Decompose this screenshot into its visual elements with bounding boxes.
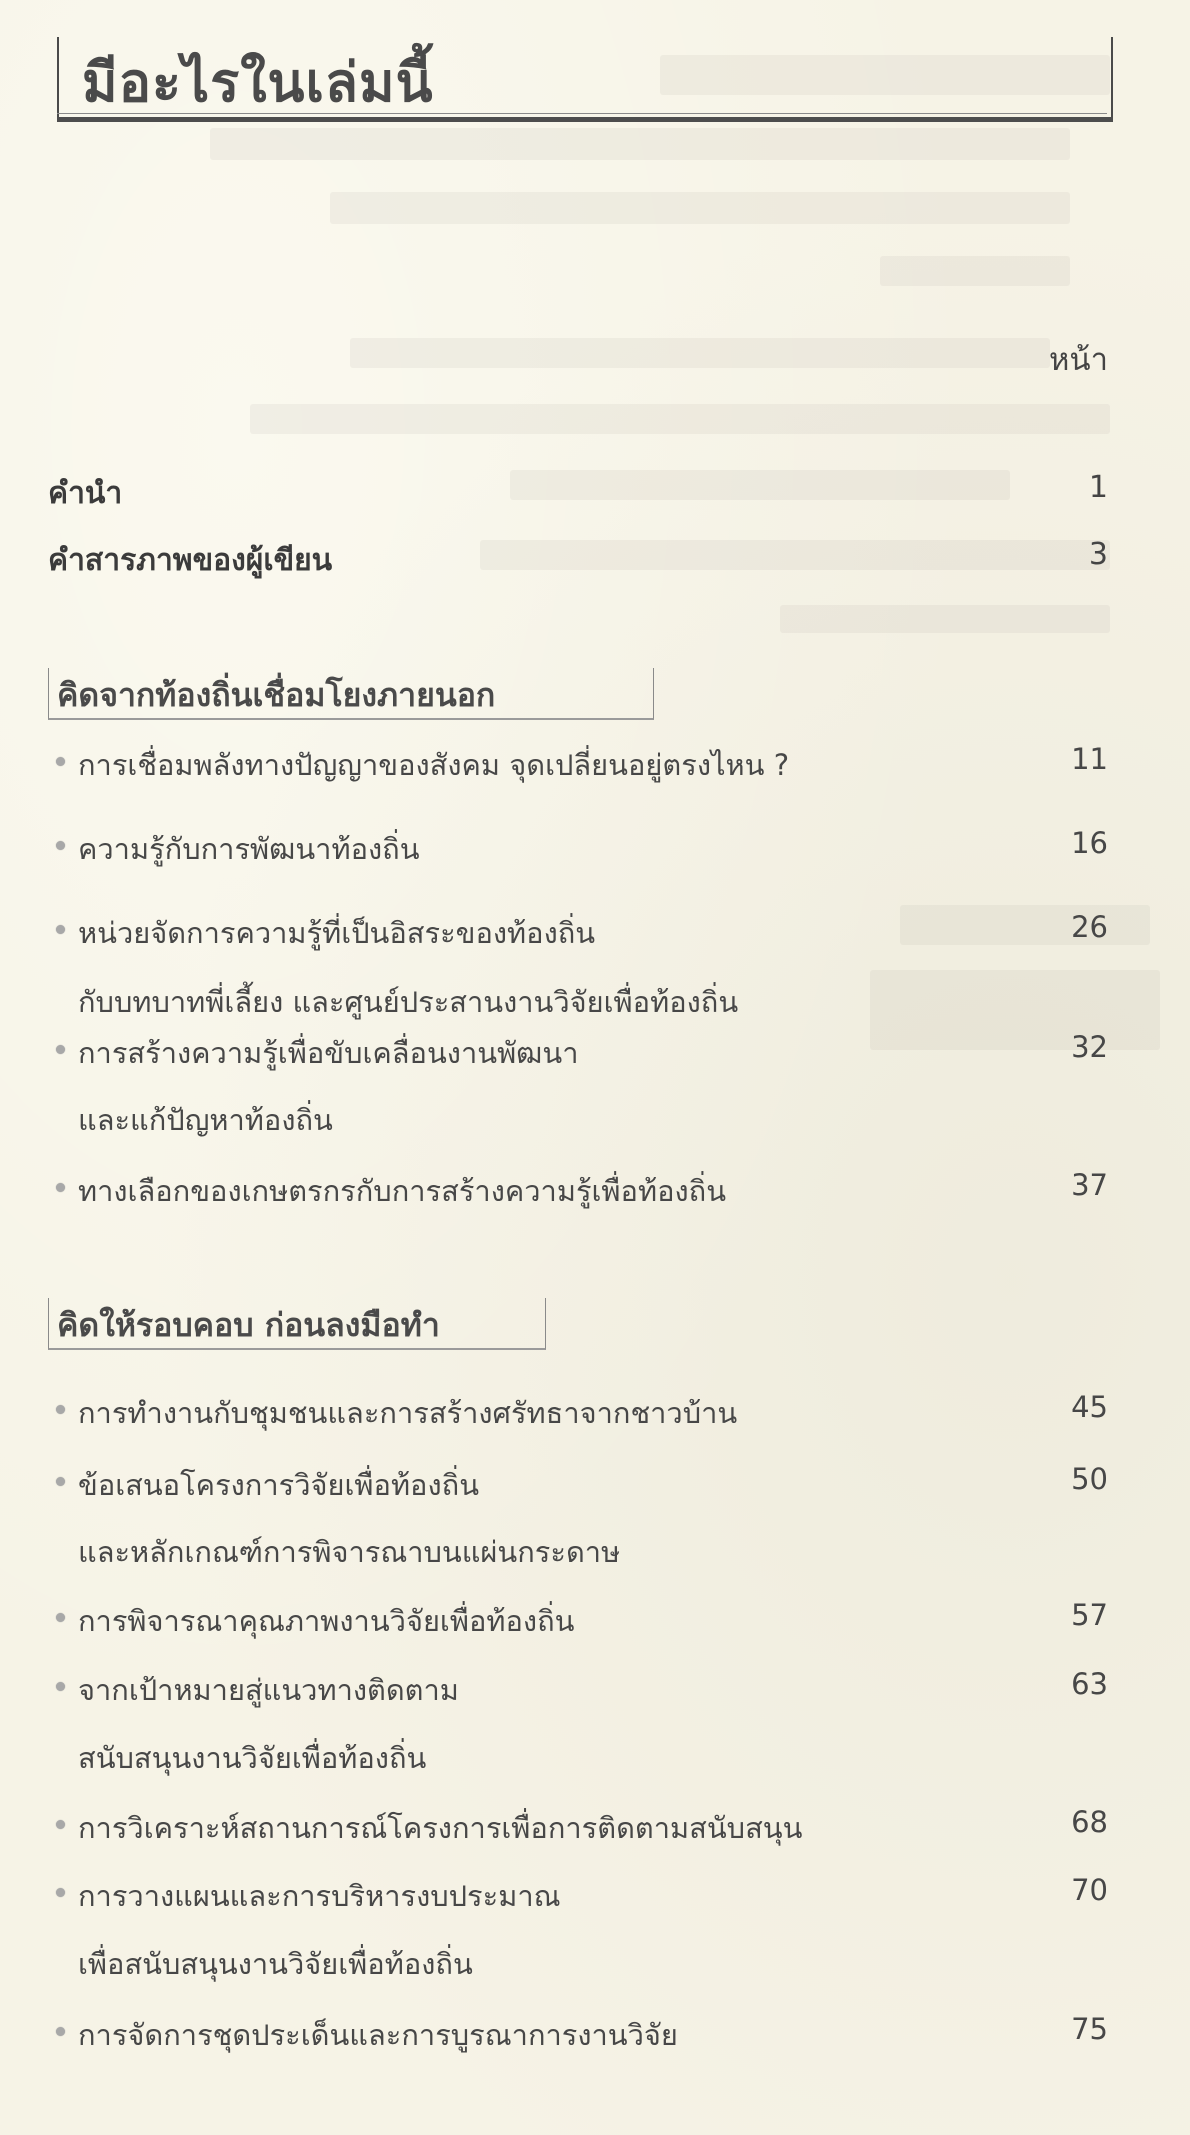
entry-page: 16: [1071, 826, 1108, 860]
section-heading-text: คิดจากท้องถิ่นเชื่อมโยงภายนอก: [57, 670, 495, 721]
entry-page: 70: [1071, 1873, 1108, 1907]
entry-title-continuation: และแก้ปัญหาท้องถิ่น: [78, 1097, 333, 1143]
entry-page: 57: [1071, 1598, 1108, 1632]
toc-entry[interactable]: จากเป้าหมายสู่แนวทางติดตาม 63: [56, 1667, 1108, 1711]
entry-page: 26: [1071, 910, 1108, 944]
entry-title: การวิเคราะห์สถานการณ์โครงการเพื่อการติดต…: [78, 1805, 802, 1851]
entry-page: 75: [1071, 2012, 1108, 2046]
entry-page: 37: [1071, 1168, 1108, 1202]
entry-page: 68: [1071, 1805, 1108, 1839]
page-column-label: หน้า: [1049, 334, 1108, 384]
section-heading-text: คิดให้รอบคอบ ก่อนลงมือทำ: [57, 1300, 440, 1351]
entry-title: จากเป้าหมายสู่แนวทางติดตาม: [78, 1667, 459, 1713]
toc-entry-preface[interactable]: คำนำ 1: [48, 470, 1108, 514]
title-box-right-rule: [1111, 37, 1113, 120]
bullet-icon: [56, 1183, 65, 1192]
toc-title-box: มีอะไรในเล่มนี้: [57, 37, 1113, 122]
section-heading-1: คิดจากท้องถิ่นเชื่อมโยงภายนอก: [48, 668, 654, 720]
toc-entry-author-confession[interactable]: คำสารภาพของผู้เขียน 3: [48, 537, 1108, 581]
bullet-icon: [56, 1477, 65, 1486]
bullet-icon: [56, 1045, 65, 1054]
entry-title: หน่วยจัดการความรู้ที่เป็นอิสระของท้องถิ่…: [78, 910, 595, 956]
toc-entry[interactable]: การพิจารณาคุณภาพงานวิจัยเพื่อท้องถิ่น 57: [56, 1598, 1108, 1642]
entry-title-continuation: และหลักเกณฑ์การพิจารณาบนแผ่นกระดาษ: [78, 1529, 620, 1575]
bullet-icon: [56, 1613, 65, 1622]
toc-entry[interactable]: การสร้างความรู้เพื่อขับเคลื่อนงานพัฒนา 3…: [56, 1030, 1108, 1074]
toc-entry[interactable]: การวางแผนและการบริหารงบประมาณ 70: [56, 1873, 1108, 1917]
entry-title: การเชื่อมพลังทางปัญญาของสังคม จุดเปลี่ยน…: [78, 742, 789, 788]
entry-title-continuation: สนับสนุนงานวิจัยเพื่อท้องถิ่น: [78, 1735, 426, 1781]
toc-entry[interactable]: ข้อเสนอโครงการวิจัยเพื่อท้องถิ่น 50: [56, 1462, 1108, 1506]
bullet-icon: [56, 1682, 65, 1691]
entry-title: การจัดการชุดประเด็นและการบูรณาการงานวิจั…: [78, 2012, 678, 2058]
entry-title: ข้อเสนอโครงการวิจัยเพื่อท้องถิ่น: [78, 1462, 479, 1508]
toc-entry[interactable]: การเชื่อมพลังทางปัญญาของสังคม จุดเปลี่ยน…: [56, 742, 1108, 786]
toc-entry[interactable]: ความรู้กับการพัฒนาท้องถิ่น 16: [56, 826, 1108, 870]
bullet-icon: [56, 1820, 65, 1829]
bullet-icon: [56, 1888, 65, 1897]
page-title: มีอะไรในเล่มนี้: [82, 39, 434, 125]
bullet-icon: [56, 841, 65, 850]
bullet-icon: [56, 2027, 65, 2036]
bullet-icon: [56, 925, 65, 934]
toc-entry[interactable]: การจัดการชุดประเด็นและการบูรณาการงานวิจั…: [56, 2012, 1108, 2056]
entry-title: การสร้างความรู้เพื่อขับเคลื่อนงานพัฒนา: [78, 1030, 579, 1076]
entry-title: การทำงานกับชุมชนและการสร้างศรัทธาจากชาวบ…: [78, 1390, 737, 1436]
entry-title: การวางแผนและการบริหารงบประมาณ: [78, 1873, 561, 1919]
entry-title-continuation: เพื่อสนับสนุนงานวิจัยเพื่อท้องถิ่น: [78, 1941, 473, 1987]
bullet-icon: [56, 757, 65, 766]
entry-title: การพิจารณาคุณภาพงานวิจัยเพื่อท้องถิ่น: [78, 1598, 574, 1644]
title-box-left-rule: [57, 37, 59, 122]
toc-entry[interactable]: การวิเคราะห์สถานการณ์โครงการเพื่อการติดต…: [56, 1805, 1108, 1849]
entry-title: คำสารภาพของผู้เขียน: [48, 537, 332, 584]
entry-page: 50: [1071, 1462, 1108, 1496]
entry-page: 11: [1071, 742, 1108, 776]
entry-page: 45: [1071, 1390, 1108, 1424]
entry-page: 63: [1071, 1667, 1108, 1701]
toc-entry[interactable]: ทางเลือกของเกษตรกรกับการสร้างความรู้เพื่…: [56, 1168, 1108, 1212]
bullet-icon: [56, 1405, 65, 1414]
toc-entry[interactable]: การทำงานกับชุมชนและการสร้างศรัทธาจากชาวบ…: [56, 1390, 1108, 1434]
section-heading-2: คิดให้รอบคอบ ก่อนลงมือทำ: [48, 1298, 546, 1350]
entry-title: คำนำ: [48, 470, 122, 517]
entry-title: ความรู้กับการพัฒนาท้องถิ่น: [78, 826, 420, 872]
entry-page: 1: [1089, 470, 1108, 505]
entry-title-continuation: กับบทบาทพี่เลี้ยง และศูนย์ประสานงานวิจัย…: [78, 979, 738, 1025]
entry-title: ทางเลือกของเกษตรกรกับการสร้างความรู้เพื่…: [78, 1168, 726, 1214]
entry-page: 32: [1071, 1030, 1108, 1064]
entry-page: 3: [1089, 537, 1108, 572]
toc-entry[interactable]: หน่วยจัดการความรู้ที่เป็นอิสระของท้องถิ่…: [56, 910, 1108, 954]
